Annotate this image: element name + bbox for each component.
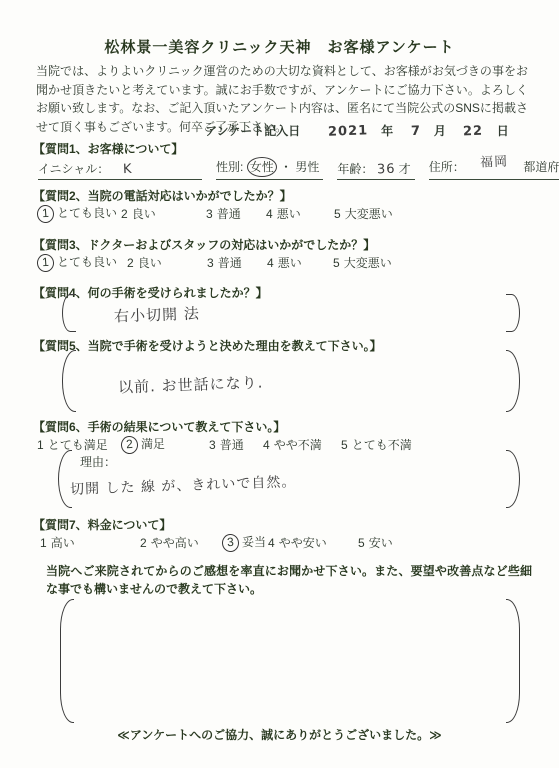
survey-date-line: アンケート記入日 2021 年 7 月 22 日 — [205, 122, 523, 139]
address-suffix: 都道府 — [523, 160, 559, 174]
age-field: 年齢： 36 才 — [337, 160, 414, 180]
right-parenthesis — [506, 294, 520, 332]
q7-options: 1高い 2やや高い 3妥当 4やや安い 5安い — [40, 533, 393, 552]
q1-heading: 【質問1、お客様について】 — [33, 140, 183, 157]
age-label: 年齢： — [337, 162, 373, 176]
q3-option-4: 4悪い — [267, 254, 333, 271]
age-value: 36 — [377, 162, 396, 178]
q2-option-5: 5大変悪い — [334, 205, 393, 222]
closing-thanks: ≪アンケートへのご協力、誠にありがとうございました。≫ — [0, 726, 559, 743]
q3-option-1: 1とても良い — [37, 253, 127, 272]
q5-answer-box: 以前. お世話になり. — [62, 350, 520, 412]
date-label: アンケート記入日 — [205, 124, 300, 138]
q7-option-3: 3妥当 — [222, 533, 268, 552]
address-label: 住所： — [429, 160, 465, 174]
feedback-prompt: 当院へご来院されてからのご感想を率直にお聞かせ下さい。また、要望や改善点など些細… — [46, 562, 532, 598]
date-month-value: 7 — [410, 124, 421, 139]
q2-options: 1とても良い 2良い 3普通 4悪い 5大変悪い — [37, 204, 393, 223]
date-year-unit: 年 — [381, 124, 393, 138]
q5-answer-handwriting: 以前. お世話になり. — [118, 371, 264, 397]
q3-options: 1とても良い 2良い 3普通 4悪い 5大変悪い — [37, 253, 392, 272]
q1-fields: イニシャル： K 性別: 女性 ・ 男性 年齢： 36 才 住所： 福岡 都道府… — [38, 156, 559, 180]
initial-field: イニシャル： K — [38, 160, 202, 180]
gender-field: 性別: 女性 ・ 男性 — [216, 157, 323, 180]
date-day-value: 22 — [463, 124, 484, 140]
age-unit: 才 — [399, 162, 411, 176]
date-year-value: 2021 — [327, 123, 368, 139]
q7-option-4: 4やや安い — [268, 534, 358, 551]
initial-value: K — [122, 162, 132, 177]
q2-option-2: 2良い — [121, 205, 206, 222]
q2-option-3: 3普通 — [206, 205, 266, 222]
q7-option-2: 2やや高い — [140, 534, 222, 551]
q6-heading: 【質問6、手術の結果について教えて下さい。】 — [33, 418, 285, 435]
address-value: 福岡 — [480, 151, 509, 171]
q7-option-5: 5安い — [358, 534, 393, 551]
gender-male: 男性 — [295, 160, 319, 174]
left-parenthesis — [62, 350, 76, 412]
q6-reason-box: 理由： 切開 した 線 が、きれいで自然。 — [58, 450, 520, 508]
gender-label: 性別: — [216, 160, 243, 174]
left-parenthesis — [60, 599, 74, 723]
q4-answer-box: 右小切開 法 — [62, 294, 520, 332]
right-parenthesis — [506, 350, 520, 412]
gender-separator: ・ — [280, 160, 292, 174]
gender-female-circled: 女性 — [247, 157, 277, 177]
right-parenthesis — [506, 450, 520, 508]
q7-heading: 【質問7、料金について】 — [33, 516, 171, 533]
feedback-comment-box — [60, 599, 520, 723]
q6-reason-handwriting: 切開 した 線 が、きれいで自然。 — [70, 471, 297, 499]
q6-reason-label: 理由： — [80, 453, 116, 470]
date-month-unit: 月 — [434, 124, 446, 138]
right-parenthesis — [506, 599, 520, 723]
q2-heading: 【質問2、当院の電話対応はいかがでしたか？】 — [33, 187, 292, 204]
q3-option-2: 2良い — [127, 254, 207, 271]
q2-option-4: 4悪い — [266, 205, 334, 222]
q3-heading: 【質問3、ドクターおよびスタッフの対応はいかがでしたか？】 — [33, 236, 375, 253]
page-title: 松林景一美容クリニック天神 お客様アンケート — [0, 36, 559, 57]
date-day-unit: 日 — [497, 124, 509, 138]
q4-answer-handwriting: 右小切開 法 — [114, 303, 200, 327]
q7-option-1: 1高い — [40, 534, 140, 551]
scanned-survey-page: 松林景一美容クリニック天神 お客様アンケート 当院では、よりよいクリニック運営の… — [0, 0, 559, 768]
q3-option-5: 5大変悪い — [333, 254, 392, 271]
initial-label: イニシャル： — [38, 162, 109, 176]
left-parenthesis — [62, 294, 76, 332]
q2-option-1: 1とても良い — [37, 204, 121, 223]
q3-option-3: 3普通 — [207, 254, 267, 271]
address-field: 住所： 福岡 都道府県 — [429, 156, 559, 180]
